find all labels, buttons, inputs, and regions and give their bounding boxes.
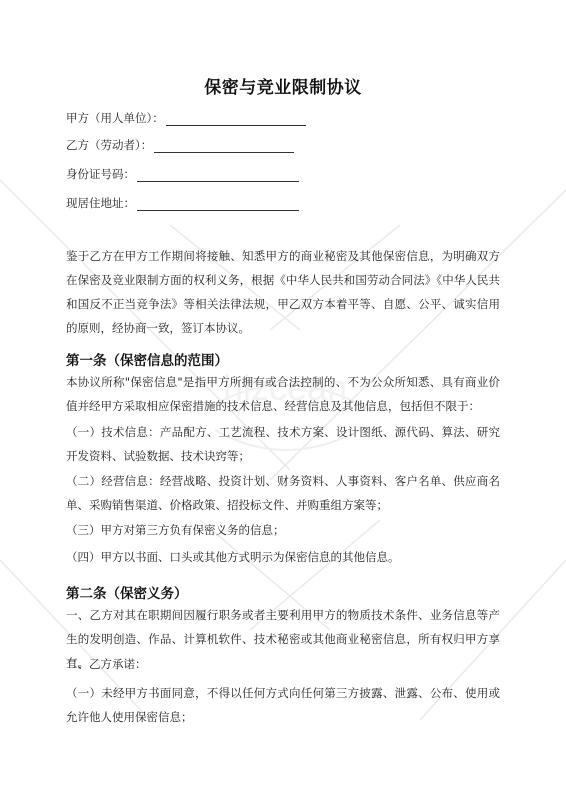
preamble-paragraph: 鉴于乙方在甲方工作期间将接触、知悉甲方的商业秘密及其他保密信息，为明确双方在保密…	[66, 244, 500, 340]
id-number-label: 身份证号码：	[66, 166, 135, 182]
address-blank[interactable]	[137, 197, 299, 211]
section-1-heading: 第一条（保密信息的范围）	[66, 349, 228, 369]
id-number-field: 身份证号码：	[66, 166, 299, 182]
party-b-field: 乙方（劳动者）：	[66, 137, 294, 153]
party-a-label: 甲方（用人单位）：	[66, 110, 164, 126]
document-title: 保密与竞业限制协议	[0, 73, 566, 98]
section-2-heading: 第二条（保密义务）	[66, 582, 188, 602]
address-label: 现居住地址：	[66, 195, 135, 211]
section-1-item-2: （二）经营信息：经营战略、投资计划、财务资料、人事资料、客户名单、供应商名单、采…	[66, 469, 500, 517]
party-a-blank[interactable]	[166, 112, 306, 126]
address-field: 现居住地址：	[66, 195, 299, 211]
party-b-blank[interactable]	[154, 139, 294, 153]
section-1-item-1: （一）技术信息：产品配方、工艺流程、技术方案、设计图纸、源代码、算法、研究开发资…	[66, 420, 500, 468]
section-1-item-4: （四）甲方以书面、口头或其他方式明示为保密信息的其他信息。	[66, 545, 500, 569]
section-1-item-3: （三）甲方对第三方负有保密义务的信息；	[66, 518, 500, 542]
section-2-paragraph-2: 二、乙方承诺：	[66, 652, 500, 676]
section-1-paragraph: 本协议所称"保密信息"是指甲方所拥有或合法控制的、不为公众所知悉、具有商业价值并…	[66, 370, 500, 418]
party-a-field: 甲方（用人单位）：	[66, 110, 306, 126]
section-2-item-1: （一）未经甲方书面同意，不得以任何方式向任何第三方披露、泄露、公布、使用或允许他…	[66, 681, 500, 729]
document-page: 保密与竞业限制协议 甲方（用人单位）： 乙方（劳动者）： 身份证号码： 现居住地…	[0, 0, 566, 800]
id-number-blank[interactable]	[137, 168, 299, 182]
party-b-label: 乙方（劳动者）：	[66, 137, 152, 153]
